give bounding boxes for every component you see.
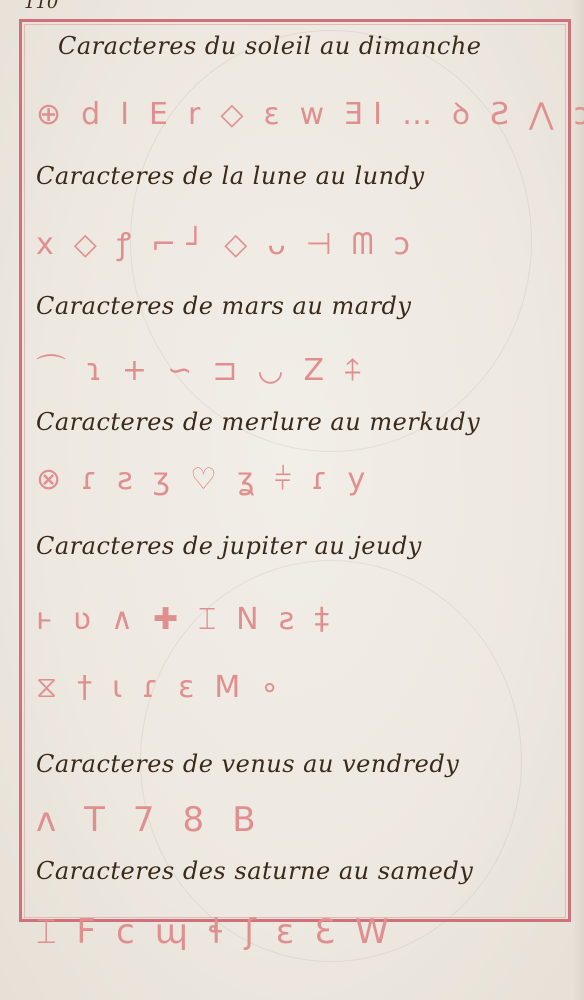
glyph: ɬ: [208, 912, 235, 952]
glyph: ⋀: [529, 97, 564, 132]
glyph: ƨ: [279, 602, 305, 637]
glyph: ⫩: [274, 462, 301, 497]
glyph: ∘: [260, 670, 289, 705]
glyph: ɿ: [86, 353, 112, 388]
glyph: ◇: [74, 227, 107, 262]
heading-sun-sunday: Caracteres du soleil au dimanche: [58, 32, 482, 60]
glyph: ꝺ: [452, 92, 480, 133]
page-number: 110: [24, 0, 58, 13]
glyph: ◡: [257, 353, 293, 388]
glyph: ◇: [220, 97, 253, 132]
glyph: ɾ: [312, 462, 338, 497]
glyph: ᗰ: [352, 227, 384, 262]
glyph: ⌐┘: [151, 227, 214, 262]
glyph: ɾ: [142, 670, 168, 705]
glyph: W: [355, 912, 399, 952]
heading-mars-tuesday: Caracteres de mars au mardy: [36, 292, 411, 320]
glyph: c: [116, 912, 145, 952]
glyph: ɩ: [112, 670, 132, 705]
glyph: ⌶: [36, 912, 66, 952]
glyph: Z: [304, 353, 335, 388]
glyph: Ꙅ: [490, 97, 519, 132]
manuscript-page: 110 Caracteres du soleil au dimanche ⊕dI…: [0, 0, 584, 1000]
glyph: ʒ: [153, 462, 180, 497]
characters-saturn: ⌶FcɰɬʃɛƐW: [36, 912, 409, 952]
glyph: ɔ: [574, 97, 584, 132]
characters-sun: ⊕dIEr◇ɛwƎI…ꝺꙄ⋀ɔ: [36, 92, 584, 133]
glyph: ◇: [224, 227, 257, 262]
glyph: ⊕: [36, 97, 71, 132]
characters-moon: x◇ꝭ⌐┘◇ᴗ⊣ᗰɔ: [36, 222, 430, 263]
glyph: ƨ: [117, 462, 143, 497]
characters-jupiter-continued: ⧖†ɩɾɛM∘: [36, 670, 299, 705]
glyph: ‡: [314, 602, 339, 637]
glyph: ⌒: [36, 345, 76, 389]
glyph: r: [188, 97, 210, 132]
glyph: T: [84, 800, 123, 840]
glyph: w: [300, 97, 335, 132]
glyph: x: [36, 227, 64, 262]
glyph: †: [77, 670, 102, 705]
heading-mercury-wednesday: Caracteres de merlure au merkudy: [36, 408, 480, 436]
glyph: ⱶ: [36, 602, 63, 637]
glyph: ⊣: [306, 227, 342, 262]
glyph: ∧: [111, 602, 143, 637]
heading-saturn-saturday: Caracteres des saturne au samedy: [36, 857, 473, 885]
glyph: N: [236, 602, 268, 637]
glyph: M: [214, 670, 250, 705]
glyph: 7: [133, 800, 173, 840]
glyph: ɾ: [81, 462, 107, 497]
glyph: ⧖: [36, 670, 67, 705]
characters-mars: ⌒ɿ+∽⊐◡Z⍏: [36, 345, 382, 389]
heading-moon-monday: Caracteres de la lune au lundy: [36, 162, 425, 190]
glyph: ʌ: [36, 800, 74, 840]
glyph: ♡: [190, 462, 227, 497]
glyph: ʓ: [237, 462, 264, 497]
glyph: y: [347, 462, 375, 497]
glyph: ɔ: [394, 227, 420, 262]
characters-venus: ʌT78B: [36, 800, 284, 840]
glyph: ⊐: [212, 353, 247, 388]
glyph: ✚: [153, 602, 188, 637]
glyph: F: [76, 912, 106, 952]
glyph: ⊗: [36, 462, 71, 497]
heading-jupiter-thursday: Caracteres de jupiter au jeudy: [36, 532, 422, 560]
glyph: ⍏: [344, 353, 372, 388]
characters-jupiter: ⱶʋ∧✚⌶Nƨ‡: [36, 602, 349, 637]
glyph: 8: [183, 800, 223, 840]
glyph: ɛ: [178, 670, 204, 705]
glyph: ꝭ: [117, 222, 141, 263]
glyph: …: [402, 97, 442, 132]
glyph: ʃ: [244, 912, 265, 952]
heading-venus-friday: Caracteres de venus au vendredy: [36, 750, 459, 778]
page-gutter: [570, 0, 584, 1000]
glyph: +: [122, 353, 157, 388]
glyph: ⌶: [198, 602, 226, 637]
glyph: ƎI: [344, 97, 392, 132]
glyph: B: [232, 800, 273, 840]
glyph: d: [81, 97, 110, 132]
glyph: E: [149, 97, 178, 132]
glyph: ɛ: [263, 97, 289, 132]
glyph: ʋ: [73, 602, 101, 637]
characters-mercury: ⊗ɾƨʒ♡ʓ⫩ɾy: [36, 462, 385, 497]
glyph: ɛ: [276, 912, 304, 952]
glyph: I: [120, 97, 139, 132]
glyph: ɰ: [155, 912, 198, 952]
glyph: ᴗ: [267, 227, 295, 262]
glyph: Ɛ: [314, 912, 345, 952]
glyph: ∽: [167, 353, 202, 388]
